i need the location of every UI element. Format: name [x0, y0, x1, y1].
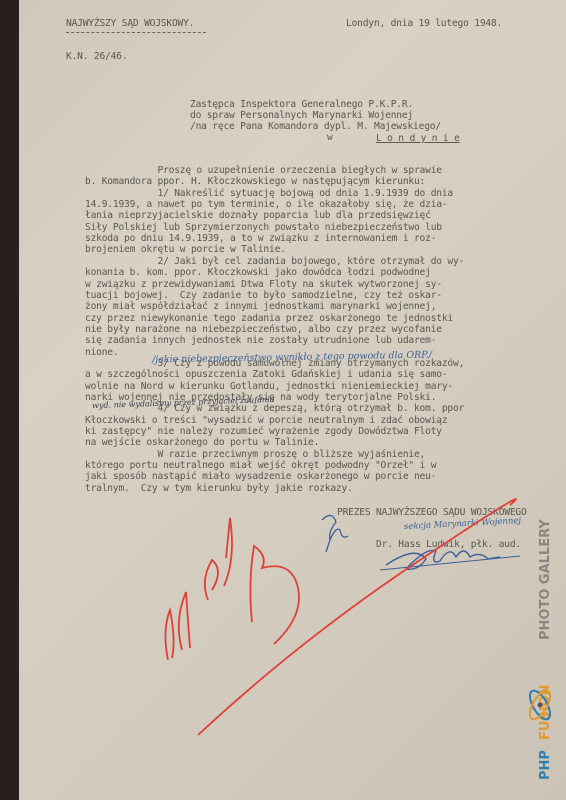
watermark: PHP FUSION PHOTO GALLERY	[520, 440, 560, 790]
initials-mark	[322, 515, 348, 552]
red-pencil-line	[198, 499, 516, 735]
watermark-photo-gallery: PHOTO GALLERY	[538, 519, 553, 640]
atom-logo-icon	[520, 680, 560, 730]
watermark-php: PHP	[538, 750, 553, 780]
ink-marks	[0, 0, 566, 800]
red-pencil-initials	[165, 518, 299, 660]
